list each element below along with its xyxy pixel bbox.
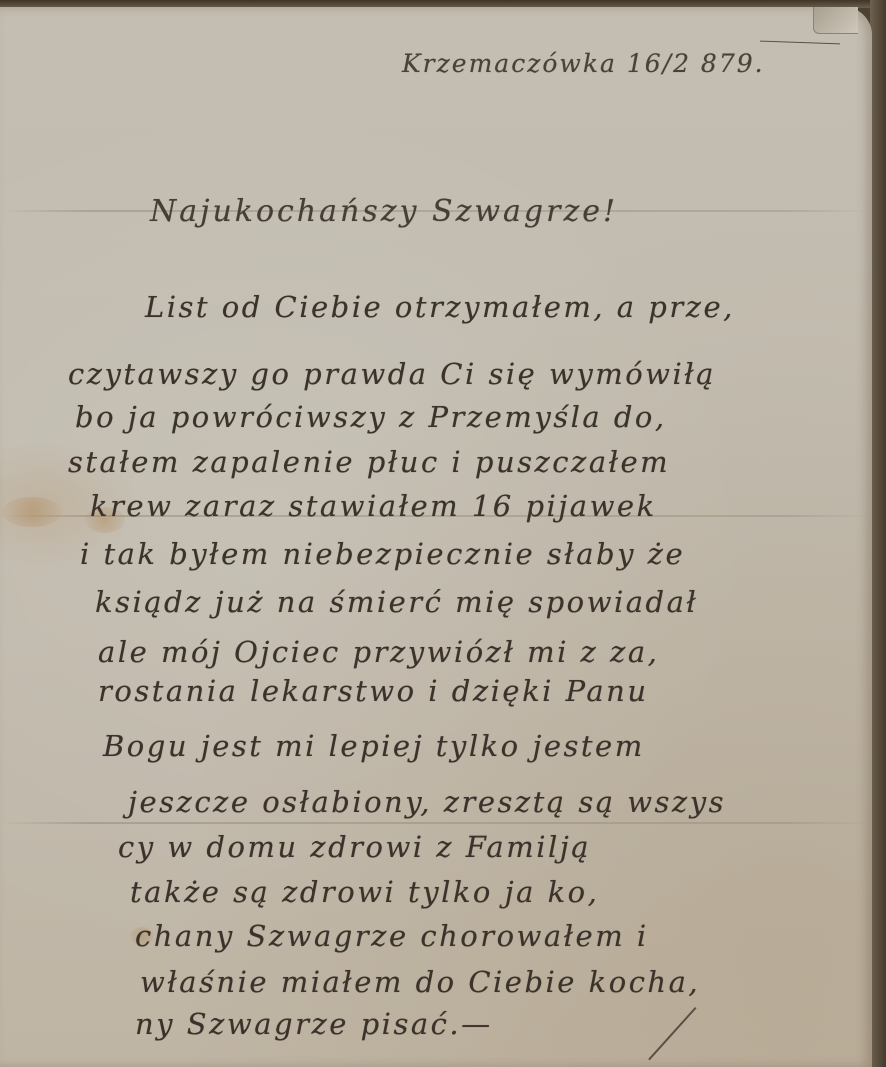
date-overline xyxy=(760,41,840,45)
letter-line: czytawszy go prawda Ci się wymówiłą xyxy=(68,357,716,391)
place-and-date: Krzemaczówka 16/2 879. xyxy=(402,49,765,78)
letter-line: stałem zapalenie płuc i puszczałem xyxy=(68,445,670,479)
letter-line: rostania lekarstwo i dzięki Panu xyxy=(98,674,649,708)
letter-line: ale mój Ojciec przywiózł mi z za, xyxy=(98,635,659,669)
letter-line: List od Ciebie otrzymałem, a prze, xyxy=(145,290,735,324)
letter-line: chany Szwagrze chorowałem i xyxy=(135,919,649,953)
letter-paper: Krzemaczówka 16/2 879. Najukochańszy Szw… xyxy=(0,7,872,1067)
pen-stroke-mark xyxy=(648,1007,696,1060)
letter-line: bo ja powróciwszy z Przemyśla do, xyxy=(75,400,667,434)
letter-line: Bogu jest mi lepiej tylko jestem xyxy=(103,729,645,763)
letter-line: ny Szwagrze pisać.— xyxy=(135,1007,493,1041)
letter-line: jeszcze osłabiony, zresztą są wszys xyxy=(128,785,726,819)
table-surface-right xyxy=(870,0,886,1067)
letter-line: i tak byłem niebezpiecznie słaby że xyxy=(80,537,685,571)
letter-photograph: Krzemaczówka 16/2 879. Najukochańszy Szw… xyxy=(0,0,886,1067)
letter-line: krew zaraz stawiałem 16 pijawek xyxy=(90,489,657,523)
paper-fold-line xyxy=(0,822,872,824)
folded-corner xyxy=(813,7,858,34)
paper-stain xyxy=(2,497,62,527)
salutation: Najukochańszy Szwagrze! xyxy=(150,194,618,229)
letter-line: także są zdrowi tylko ja ko, xyxy=(130,875,599,909)
letter-line: cy w domu zdrowi z Familją xyxy=(118,830,591,864)
letter-line: ksiądz już na śmierć mię spowiadał xyxy=(95,585,698,619)
letter-line: właśnie miałem do Ciebie kocha, xyxy=(140,965,700,999)
